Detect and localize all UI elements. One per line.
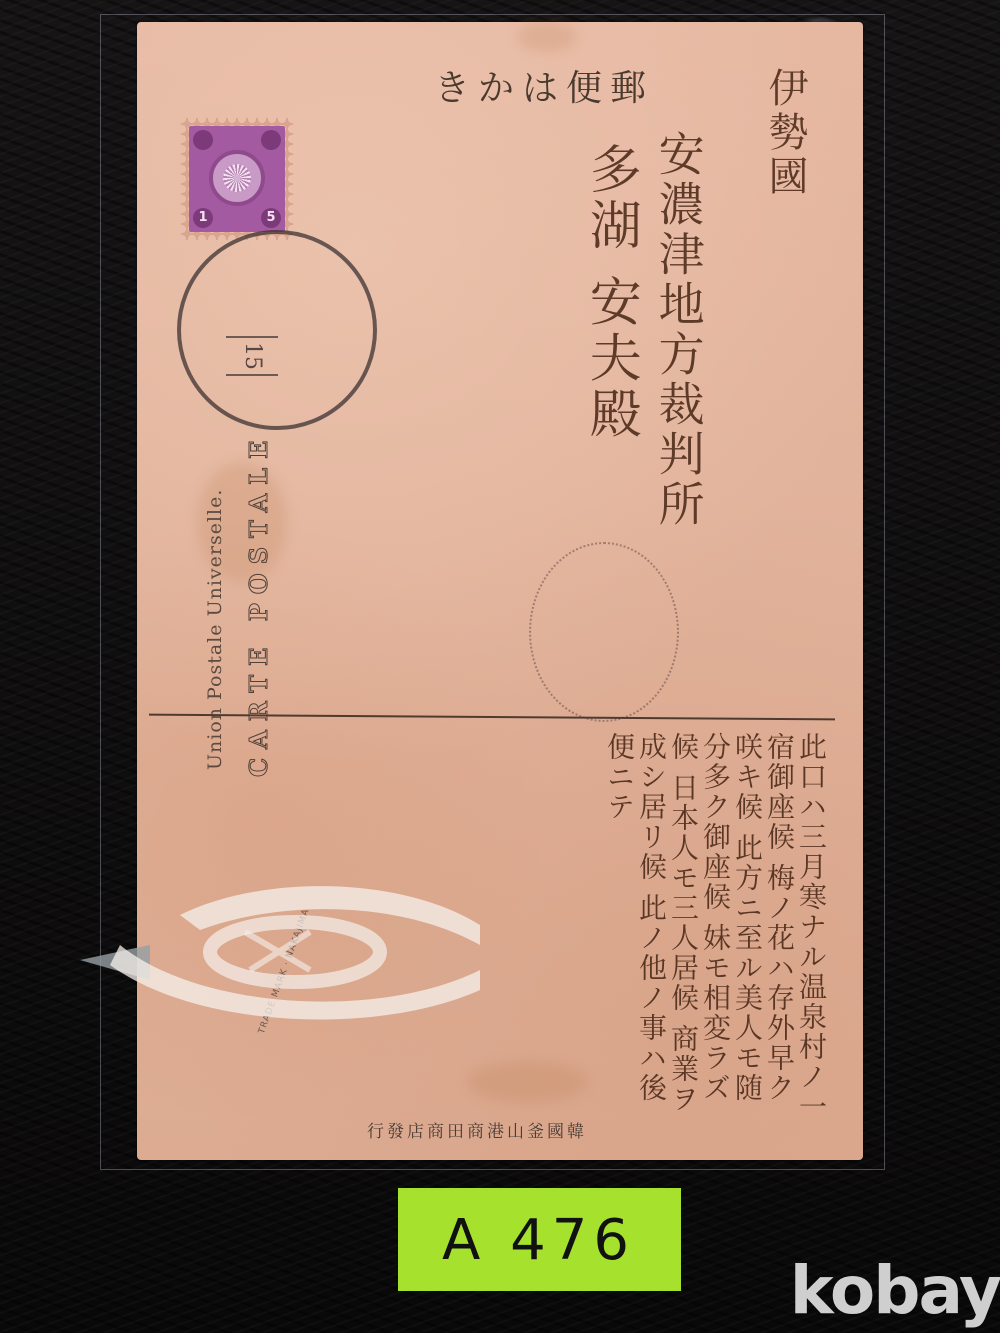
postcard: 郵便はかき 1 5 15 Union Postale Universelle. … <box>137 22 863 1160</box>
address-institution: 安濃津地方裁判所 <box>653 130 704 530</box>
postmark-circle <box>177 230 377 430</box>
stamp-corner-ornament <box>193 130 213 150</box>
lot-label: A 476 <box>398 1188 681 1291</box>
postmark-date: 15 <box>226 336 278 376</box>
brand-watermark: kobay <box>790 1252 1000 1329</box>
stamp-denomination-left: 1 <box>193 208 213 228</box>
chrysanthemum-icon <box>223 164 251 192</box>
card-heading: 郵便はかき <box>374 60 654 111</box>
stamp-corner-ornament <box>261 130 281 150</box>
carte-postale-text: CARTE POSTALE <box>244 432 273 777</box>
faint-postmark <box>529 542 679 722</box>
publisher-imprint: 韓國釜山港商田商店發行 <box>367 1117 587 1142</box>
address-province: 伊勢國 <box>757 67 814 199</box>
stain <box>517 22 577 52</box>
union-postale-text: Union Postale Universelle. <box>204 489 226 770</box>
handwritten-message: 此口ハ三月寒ナル温泉村ノ一宿御座候 梅ノ花ハ存外早ク咲キ候 此方ニ至ル美人モ随分… <box>247 732 827 1132</box>
address-recipient: 多湖 安夫殿 <box>581 142 638 443</box>
stamp-denomination-right: 5 <box>261 208 281 228</box>
lot-number: A 476 <box>442 1208 635 1273</box>
